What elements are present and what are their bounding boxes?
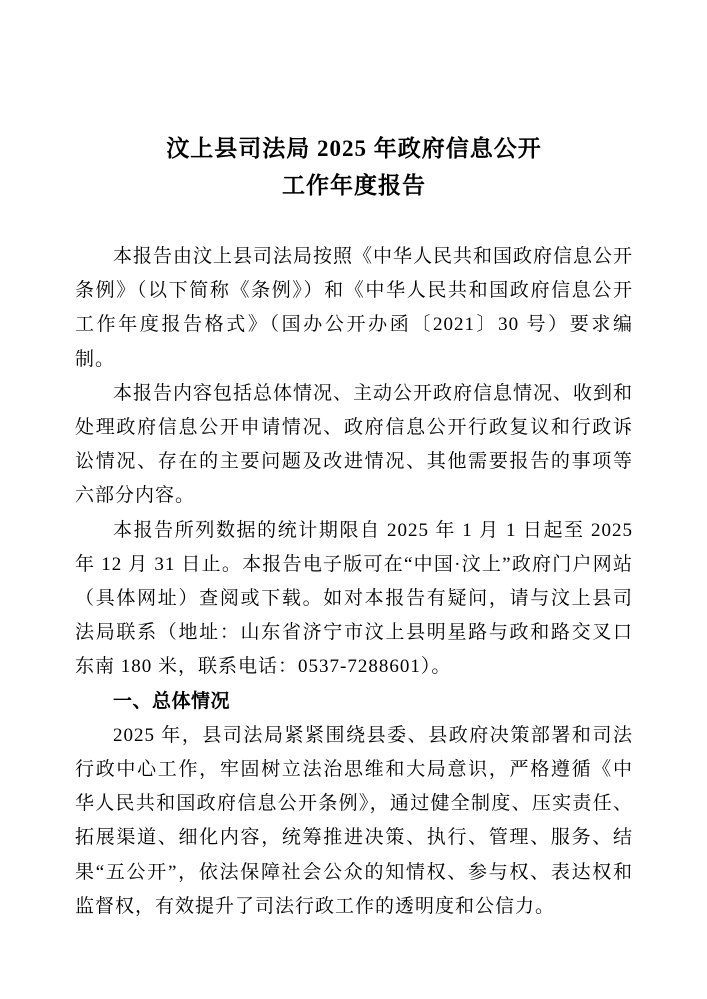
document-title: 汶上县司法局 2025 年政府信息公开 工作年度报告 <box>75 130 633 204</box>
title-line-1: 汶上县司法局 2025 年政府信息公开 <box>75 130 633 167</box>
title-line-2: 工作年度报告 <box>75 167 633 204</box>
body-paragraph: 本报告所列数据的统计期限自 2025 年 1 月 1 日起至 2025 年 12… <box>75 514 633 685</box>
body-paragraph: 2025 年，县司法局紧紧围绕县委、县政府决策部署和司法行政中心工作，牢固树立法… <box>75 719 633 924</box>
document-page: 汶上县司法局 2025 年政府信息公开 工作年度报告 本报告由汶上县司法局按照《… <box>0 0 707 999</box>
document-body: 本报告由汶上县司法局按照《中华人民共和国政府信息公开条例》（以下简称《条例》）和… <box>75 240 633 924</box>
body-paragraph: 本报告内容包括总体情况、主动公开政府信息情况、收到和处理政府信息公开申请情况、政… <box>75 377 633 514</box>
body-paragraph: 本报告由汶上县司法局按照《中华人民共和国政府信息公开条例》（以下简称《条例》）和… <box>75 240 633 377</box>
section-heading: 一、总体情况 <box>75 685 633 719</box>
